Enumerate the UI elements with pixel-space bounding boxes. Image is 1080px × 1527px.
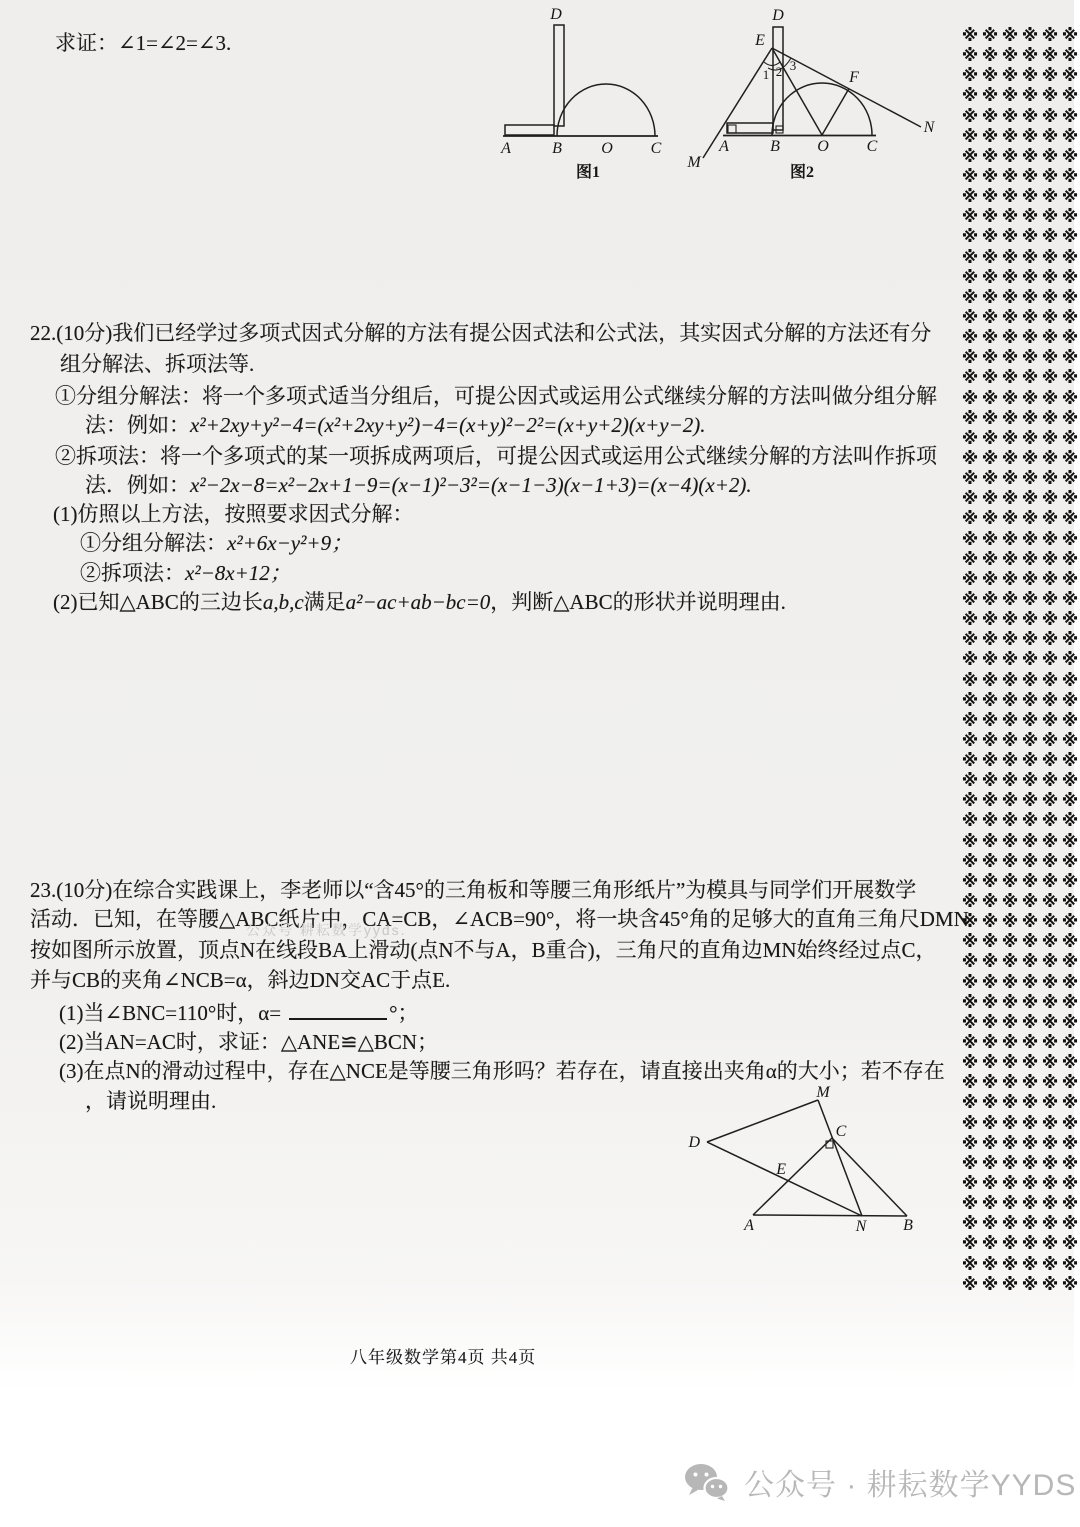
reference-mark: ※ bbox=[980, 46, 1000, 66]
reference-mark: ※ bbox=[960, 771, 980, 791]
q23-line-3: 按如图所示放置，顶点N在线段BA上滑动(点N不与A，B重合)，三角尺的直角边MN… bbox=[30, 937, 937, 963]
reference-mark: ※ bbox=[1060, 630, 1080, 650]
reference-mark: ※ bbox=[1040, 610, 1060, 630]
reference-mark: ※ bbox=[1060, 207, 1080, 227]
reference-mark: ※ bbox=[980, 26, 1000, 46]
fig23-label-M: M bbox=[815, 1084, 831, 1101]
reference-mark: ※ bbox=[980, 832, 1000, 852]
reference-mark: ※ bbox=[1000, 852, 1020, 872]
reference-mark: ※ bbox=[1040, 570, 1060, 590]
reference-mark: ※ bbox=[960, 308, 980, 328]
reference-mark: ※ bbox=[1040, 1174, 1060, 1194]
reference-mark: ※ bbox=[960, 348, 980, 368]
reference-mark: ※ bbox=[1020, 127, 1040, 147]
reference-mark: ※ bbox=[1000, 1053, 1020, 1073]
fig23-line-AB bbox=[753, 1215, 907, 1216]
reference-mark: ※ bbox=[1040, 852, 1060, 872]
reference-mark: ※ bbox=[980, 147, 1000, 167]
reference-mark: ※ bbox=[1020, 66, 1040, 86]
reference-mark: ※ bbox=[1000, 811, 1020, 831]
reference-mark: ※ bbox=[960, 1174, 980, 1194]
reference-mark: ※ bbox=[960, 368, 980, 388]
reference-mark: ※ bbox=[960, 952, 980, 972]
reference-mark: ※ bbox=[1000, 751, 1020, 771]
reference-mark: ※ bbox=[960, 227, 980, 247]
reference-mark: ※ bbox=[1000, 348, 1020, 368]
reference-mark: ※ bbox=[960, 409, 980, 429]
reference-mark: ※ bbox=[1020, 1214, 1040, 1234]
reference-mark: ※ bbox=[1020, 1194, 1040, 1214]
q23-line-2: 活动．已知，在等腰△ABC纸片中，CA=CB，∠ACB=90°，将一块含45°角… bbox=[30, 906, 969, 932]
reference-mark: ※ bbox=[1040, 167, 1060, 187]
watermark-mid: 公众号 耕耘数学yyds. bbox=[246, 920, 407, 940]
reference-mark: ※ bbox=[960, 509, 980, 529]
reference-mark: ※ bbox=[1000, 26, 1020, 46]
reference-mark: ※ bbox=[1000, 308, 1020, 328]
reference-mark: ※ bbox=[1060, 409, 1080, 429]
reference-mark: ※ bbox=[1040, 46, 1060, 66]
reference-mark: ※ bbox=[1040, 590, 1060, 610]
reference-mark: ※ bbox=[1020, 731, 1040, 751]
reference-mark: ※ bbox=[1040, 751, 1060, 771]
reference-mark: ※ bbox=[1060, 1134, 1080, 1154]
reference-mark: ※ bbox=[1060, 952, 1080, 972]
q22-line-2: 组分解法、拆项法等. bbox=[60, 351, 254, 377]
reference-mark: ※ bbox=[1060, 26, 1080, 46]
reference-mark: ※ bbox=[960, 389, 980, 409]
q22-line-10-text-1: (2)已知△ABC的三边长 bbox=[53, 590, 263, 614]
reference-mark: ※ bbox=[1060, 1255, 1080, 1275]
reference-mark: ※ bbox=[1040, 530, 1060, 550]
q23-line-7: (3)在点N的滑动过程中，存在△NCE是等腰三角形吗？若存在，请直接出夹角α的大… bbox=[59, 1058, 945, 1084]
reference-mark: ※ bbox=[1000, 268, 1020, 288]
reference-mark: ※ bbox=[960, 1073, 980, 1093]
reference-mark: ※ bbox=[1020, 1134, 1040, 1154]
reference-mark: ※ bbox=[1020, 449, 1040, 469]
reference-mark: ※ bbox=[1020, 207, 1040, 227]
reference-mark: ※ bbox=[1060, 590, 1080, 610]
reference-mark: ※ bbox=[960, 630, 980, 650]
reference-mark: ※ bbox=[960, 550, 980, 570]
reference-mark: ※ bbox=[1020, 771, 1040, 791]
exam-scan-page: 求证：∠1=∠2=∠3. D A B O C 图1 D E F M N A B … bbox=[0, 0, 1080, 1527]
reference-mark: ※ bbox=[1040, 1053, 1060, 1073]
reference-mark: ※ bbox=[1020, 46, 1040, 66]
reference-mark: ※ bbox=[1020, 248, 1040, 268]
reference-mark: ※ bbox=[1040, 308, 1060, 328]
reference-mark: ※ bbox=[980, 348, 1000, 368]
q22-line-10-text-3: ，判断△ABC的形状并说明理由. bbox=[490, 590, 786, 614]
reference-mark: ※ bbox=[1020, 671, 1040, 691]
reference-mark: ※ bbox=[980, 308, 1000, 328]
reference-mark: ※ bbox=[1020, 1255, 1040, 1275]
reference-mark: ※ bbox=[1020, 348, 1040, 368]
reference-mark: ※ bbox=[1040, 348, 1060, 368]
q22-line-5: ②拆项法：将一个多项式的某一项拆成两项后，可提公因式或运用公式继续分解的方法叫作… bbox=[55, 443, 937, 469]
reference-mark: ※ bbox=[980, 207, 1000, 227]
reference-mark: ※ bbox=[1000, 1255, 1020, 1275]
reference-mark: ※ bbox=[980, 751, 1000, 771]
reference-mark: ※ bbox=[1000, 469, 1020, 489]
reference-mark: ※ bbox=[1040, 187, 1060, 207]
reference-mark: ※ bbox=[1000, 973, 1020, 993]
reference-mark: ※ bbox=[980, 127, 1000, 147]
reference-mark: ※ bbox=[1000, 1093, 1020, 1113]
reference-mark: ※ bbox=[1040, 932, 1060, 952]
reference-mark: ※ bbox=[960, 671, 980, 691]
reference-mark: ※ bbox=[1020, 308, 1040, 328]
reference-mark: ※ bbox=[1040, 227, 1060, 247]
reference-mark: ※ bbox=[980, 328, 1000, 348]
reference-mark: ※ bbox=[960, 811, 980, 831]
reference-mark: ※ bbox=[1060, 1275, 1080, 1295]
reference-mark: ※ bbox=[1060, 1013, 1080, 1033]
reference-mark: ※ bbox=[1060, 429, 1080, 449]
reference-mark: ※ bbox=[1060, 187, 1080, 207]
reference-mark: ※ bbox=[1060, 348, 1080, 368]
reference-mark: ※ bbox=[1020, 811, 1040, 831]
reference-mark: ※ bbox=[1060, 328, 1080, 348]
reference-mark: ※ bbox=[980, 691, 1000, 711]
reference-mark: ※ bbox=[1040, 771, 1060, 791]
reference-mark: ※ bbox=[1040, 1013, 1060, 1033]
fig2-angle-label-2: 2 bbox=[776, 64, 783, 79]
reference-mark: ※ bbox=[1060, 1214, 1080, 1234]
reference-mark: ※ bbox=[1040, 328, 1060, 348]
q22-line-4-text: 法：例如： bbox=[85, 413, 190, 437]
q22-line-6-text: 法．例如： bbox=[85, 473, 190, 497]
reference-mark: ※ bbox=[1000, 248, 1020, 268]
reference-mark: ※ bbox=[1040, 86, 1060, 106]
reference-mark: ※ bbox=[960, 1234, 980, 1254]
reference-mark: ※ bbox=[1000, 590, 1020, 610]
reference-mark: ※ bbox=[960, 570, 980, 590]
reference-mark: ※ bbox=[1060, 751, 1080, 771]
reference-mark: ※ bbox=[1060, 248, 1080, 268]
reference-mark: ※ bbox=[1060, 932, 1080, 952]
reference-mark: ※ bbox=[1060, 550, 1080, 570]
reference-mark: ※ bbox=[1000, 429, 1020, 449]
reference-mark: ※ bbox=[1020, 1033, 1040, 1053]
fig23-label-A: A bbox=[743, 1217, 754, 1234]
reference-mark: ※ bbox=[960, 711, 980, 731]
reference-mark: ※ bbox=[1020, 852, 1040, 872]
reference-mark: ※ bbox=[960, 1033, 980, 1053]
reference-mark: ※ bbox=[1000, 993, 1020, 1013]
reference-mark: ※ bbox=[1020, 892, 1040, 912]
reference-mark: ※ bbox=[960, 610, 980, 630]
reference-mark: ※ bbox=[1060, 147, 1080, 167]
reference-mark: ※ bbox=[1040, 147, 1060, 167]
reference-mark: ※ bbox=[1000, 1073, 1020, 1093]
reference-mark: ※ bbox=[1000, 489, 1020, 509]
q22-line-10-text-2: 满足 bbox=[304, 590, 346, 614]
reference-mark: ※ bbox=[1000, 892, 1020, 912]
q22-line-4: 法：例如：x²+2xy+y²−4=(x²+2xy+y²)−4=(x+y)²−2²… bbox=[85, 412, 706, 438]
reference-mark: ※ bbox=[1040, 691, 1060, 711]
reference-mark: ※ bbox=[980, 1255, 1000, 1275]
reference-mark: ※ bbox=[1060, 389, 1080, 409]
reference-mark: ※ bbox=[960, 530, 980, 550]
reference-mark: ※ bbox=[1020, 429, 1040, 449]
reference-mark: ※ bbox=[1020, 872, 1040, 892]
reference-mark: ※ bbox=[960, 328, 980, 348]
reference-mark: ※ bbox=[980, 66, 1000, 86]
figure-2: D E F M N A B O C 1 2 3 图2 bbox=[680, 5, 945, 185]
reference-mark: ※ bbox=[1060, 650, 1080, 670]
reference-mark: ※ bbox=[1040, 1194, 1060, 1214]
reference-mark: ※ bbox=[1060, 912, 1080, 932]
reference-mark: ※ bbox=[960, 1275, 980, 1295]
reference-mark: ※ bbox=[1060, 509, 1080, 529]
reference-mark: ※ bbox=[1060, 892, 1080, 912]
reference-mark: ※ bbox=[1020, 550, 1040, 570]
reference-mark: ※ bbox=[1000, 1134, 1020, 1154]
fig1-label-A: A bbox=[500, 140, 511, 157]
reference-mark: ※ bbox=[1000, 610, 1020, 630]
reference-mark: ※ bbox=[960, 1255, 980, 1275]
reference-mark: ※ bbox=[1020, 993, 1040, 1013]
fig2-caption: 图2 bbox=[790, 162, 814, 181]
reference-mark: ※ bbox=[1060, 973, 1080, 993]
reference-mark: ※ bbox=[1060, 489, 1080, 509]
fig1-semicircle bbox=[557, 84, 655, 136]
reference-mark: ※ bbox=[1000, 1013, 1020, 1033]
reference-mark: ※ bbox=[1040, 1093, 1060, 1113]
reference-mark: ※ bbox=[960, 852, 980, 872]
reference-mark: ※ bbox=[960, 147, 980, 167]
reference-mark: ※ bbox=[1040, 952, 1060, 972]
reference-mark: ※ bbox=[1000, 227, 1020, 247]
reference-mark: ※ bbox=[1000, 328, 1020, 348]
reference-mark: ※ bbox=[980, 973, 1000, 993]
reference-mark: ※ bbox=[1000, 932, 1020, 952]
reference-mark: ※ bbox=[1020, 107, 1040, 127]
q22-line-10-formula-2: a²−ac+ab−bc=0 bbox=[346, 590, 491, 614]
reference-mark: ※ bbox=[980, 892, 1000, 912]
reference-mark: ※ bbox=[980, 912, 1000, 932]
reference-mark: ※ bbox=[1000, 912, 1020, 932]
q23-line-5: (1)当∠BNC=110°时，α=°； bbox=[59, 1000, 418, 1026]
wechat-icon bbox=[684, 1463, 730, 1501]
reference-mark: ※ bbox=[1040, 1234, 1060, 1254]
reference-mark: ※ bbox=[1020, 187, 1040, 207]
fig23-label-D: D bbox=[687, 1134, 700, 1151]
reference-mark: ※ bbox=[980, 288, 1000, 308]
reference-mark: ※ bbox=[1060, 852, 1080, 872]
fig23-label-E: E bbox=[775, 1161, 786, 1178]
reference-mark: ※ bbox=[980, 610, 1000, 630]
reference-mark: ※ bbox=[1020, 1013, 1040, 1033]
reference-mark: ※ bbox=[960, 107, 980, 127]
reference-mark: ※ bbox=[1020, 389, 1040, 409]
reference-mark: ※ bbox=[1000, 167, 1020, 187]
reference-mark: ※ bbox=[1040, 1255, 1060, 1275]
reference-mark: ※ bbox=[1040, 1154, 1060, 1174]
reference-mark: ※ bbox=[980, 1013, 1000, 1033]
reference-mark: ※ bbox=[960, 912, 980, 932]
reference-mark: ※ bbox=[1040, 389, 1060, 409]
fig2-semicircle bbox=[772, 83, 872, 135]
reference-mark: ※ bbox=[1060, 731, 1080, 751]
reference-mark: ※ bbox=[1020, 227, 1040, 247]
q22-line-7: (1)仿照以上方法，按照要求因式分解： bbox=[53, 501, 414, 527]
q22-line-4-formula: x²+2xy+y²−4=(x²+2xy+y²)−4=(x+y)²−2²=(x+y… bbox=[190, 413, 706, 437]
reference-mark: ※ bbox=[1060, 368, 1080, 388]
reference-mark: ※ bbox=[1020, 973, 1040, 993]
reference-mark: ※ bbox=[1060, 1033, 1080, 1053]
reference-mark: ※ bbox=[980, 952, 1000, 972]
reference-mark: ※ bbox=[980, 1134, 1000, 1154]
reference-mark: ※ bbox=[1000, 127, 1020, 147]
reference-mark: ※ bbox=[1060, 127, 1080, 147]
reference-mark: ※ bbox=[1040, 66, 1060, 86]
reference-mark: ※ bbox=[960, 691, 980, 711]
reference-mark: ※ bbox=[1040, 429, 1060, 449]
fig1-caption: 图1 bbox=[576, 162, 600, 181]
reference-mark: ※ bbox=[1040, 1134, 1060, 1154]
reference-mark: ※ bbox=[980, 1154, 1000, 1174]
reference-mark: ※ bbox=[1020, 610, 1040, 630]
reference-mark: ※ bbox=[1020, 26, 1040, 46]
reference-mark: ※ bbox=[960, 469, 980, 489]
reference-mark: ※ bbox=[960, 872, 980, 892]
reference-mark: ※ bbox=[1020, 489, 1040, 509]
reference-mark: ※ bbox=[960, 892, 980, 912]
q23-line-5-text: (1)当∠BNC=110°时，α= bbox=[59, 1001, 281, 1025]
reference-mark: ※ bbox=[960, 650, 980, 670]
reference-mark: ※ bbox=[980, 711, 1000, 731]
reference-mark: ※ bbox=[1040, 791, 1060, 811]
q23-line-4: 并与CB的夹角∠NCB=α，斜边DN交AC于点E. bbox=[30, 967, 450, 993]
reference-mark: ※ bbox=[1020, 1093, 1040, 1113]
reference-mark: ※ bbox=[1060, 66, 1080, 86]
reference-mark: ※ bbox=[960, 66, 980, 86]
reference-mark: ※ bbox=[960, 207, 980, 227]
watermark-bottom: 公众号 · 耕耘数学YYDS bbox=[684, 1460, 1076, 1504]
q23-line-6: (2)当AN=AC时，求证：△ANE≌△BCN； bbox=[59, 1029, 438, 1055]
reference-mark: ※ bbox=[980, 167, 1000, 187]
q22-line-6-formula: x²−2x−8=x²−2x+1−9=(x−1)²−3²=(x−1−3)(x−1+… bbox=[190, 473, 752, 497]
fig2-label-M: M bbox=[686, 154, 702, 171]
reference-mark: ※ bbox=[980, 671, 1000, 691]
reference-mark: ※ bbox=[980, 389, 1000, 409]
reference-mark: ※ bbox=[980, 1053, 1000, 1073]
reference-mark: ※ bbox=[1020, 691, 1040, 711]
fig2-angle-label-3: 3 bbox=[790, 58, 797, 73]
reference-mark: ※ bbox=[1020, 832, 1040, 852]
reference-mark: ※ bbox=[1040, 1114, 1060, 1134]
reference-mark: ※ bbox=[1000, 66, 1020, 86]
fig2-angle-label-1: 1 bbox=[763, 67, 770, 82]
page-footer: 八年级数学第4页 共4页 bbox=[350, 1347, 536, 1368]
fig1-label-D: D bbox=[549, 6, 562, 23]
reference-mark: ※ bbox=[1060, 1234, 1080, 1254]
reference-mark: ※ bbox=[960, 731, 980, 751]
reference-mark: ※ bbox=[1040, 509, 1060, 529]
reference-mark: ※ bbox=[1000, 771, 1020, 791]
fig2-label-B: B bbox=[770, 138, 780, 155]
reference-mark: ※ bbox=[980, 771, 1000, 791]
reference-mark: ※ bbox=[960, 187, 980, 207]
reference-mark: ※ bbox=[1000, 409, 1020, 429]
reference-mark: ※ bbox=[1000, 1275, 1020, 1295]
reference-mark: ※ bbox=[1060, 308, 1080, 328]
q22-line-8: ①分组分解法：x²+6x−y²+9； bbox=[80, 530, 352, 556]
reference-mark: ※ bbox=[1020, 590, 1040, 610]
reference-mark: ※ bbox=[960, 973, 980, 993]
reference-mark: ※ bbox=[1040, 671, 1060, 691]
fig1-label-B: B bbox=[552, 140, 562, 157]
reference-mark: ※ bbox=[980, 550, 1000, 570]
fig23-label-B: B bbox=[903, 1217, 913, 1234]
reference-mark: ※ bbox=[1060, 1154, 1080, 1174]
reference-mark: ※ bbox=[1060, 993, 1080, 1013]
reference-mark: ※ bbox=[980, 469, 1000, 489]
reference-mark: ※ bbox=[960, 1013, 980, 1033]
reference-mark: ※ bbox=[960, 791, 980, 811]
reference-mark: ※ bbox=[1040, 268, 1060, 288]
reference-mark: ※ bbox=[1060, 811, 1080, 831]
reference-mark: ※ bbox=[1060, 771, 1080, 791]
reference-mark: ※ bbox=[980, 1234, 1000, 1254]
reference-mark: ※ bbox=[1060, 46, 1080, 66]
reference-mark: ※ bbox=[1000, 1194, 1020, 1214]
reference-mark: ※ bbox=[980, 268, 1000, 288]
reference-mark: ※ bbox=[980, 932, 1000, 952]
reference-mark: ※ bbox=[1040, 409, 1060, 429]
fig1-label-C: C bbox=[651, 140, 662, 157]
reference-mark: ※ bbox=[1020, 368, 1040, 388]
reference-mark: ※ bbox=[1060, 691, 1080, 711]
reference-mark: ※ bbox=[1040, 1033, 1060, 1053]
reference-mark: ※ bbox=[960, 86, 980, 106]
reference-mark: ※ bbox=[1000, 691, 1020, 711]
reference-mark: ※ bbox=[1020, 409, 1040, 429]
prove-statement: 求证：∠1=∠2=∠3. bbox=[55, 30, 231, 56]
reference-mark: ※ bbox=[1040, 550, 1060, 570]
fig2-label-A: A bbox=[718, 138, 729, 155]
reference-mark: ※ bbox=[1060, 832, 1080, 852]
fig2-label-C: C bbox=[867, 138, 878, 155]
reference-mark: ※ bbox=[1000, 832, 1020, 852]
q22-line-3: ①分组分解法：将一个多项式适当分组后，可提公因式或运用公式继续分解的方法叫做分组… bbox=[55, 383, 937, 409]
reference-mark: ※ bbox=[1060, 469, 1080, 489]
reference-mark: ※ bbox=[980, 1214, 1000, 1234]
reference-mark: ※ bbox=[1000, 86, 1020, 106]
reference-mark: ※ bbox=[1020, 167, 1040, 187]
q22-line-8-text: ①分组分解法： bbox=[80, 531, 227, 555]
reference-mark: ※ bbox=[980, 107, 1000, 127]
reference-mark: ※ bbox=[1000, 1154, 1020, 1174]
reference-mark: ※ bbox=[1000, 791, 1020, 811]
reference-mark: ※ bbox=[1040, 993, 1060, 1013]
reference-mark: ※ bbox=[1020, 952, 1040, 972]
reference-mark: ※ bbox=[960, 288, 980, 308]
fig2-line-OF bbox=[822, 89, 849, 136]
reference-mark: ※ bbox=[1060, 86, 1080, 106]
q23-line-8: ，请说明理由. bbox=[85, 1088, 216, 1114]
fig23-label-N: N bbox=[855, 1218, 868, 1235]
reference-mark: ※ bbox=[1000, 147, 1020, 167]
reference-mark: ※ bbox=[1020, 570, 1040, 590]
reference-mark: ※ bbox=[1000, 46, 1020, 66]
reference-mark: ※ bbox=[960, 127, 980, 147]
reference-mark: ※ bbox=[960, 1053, 980, 1073]
reference-mark: ※ bbox=[1020, 650, 1040, 670]
reference-mark: ※ bbox=[960, 993, 980, 1013]
reference-mark: ※ bbox=[960, 449, 980, 469]
